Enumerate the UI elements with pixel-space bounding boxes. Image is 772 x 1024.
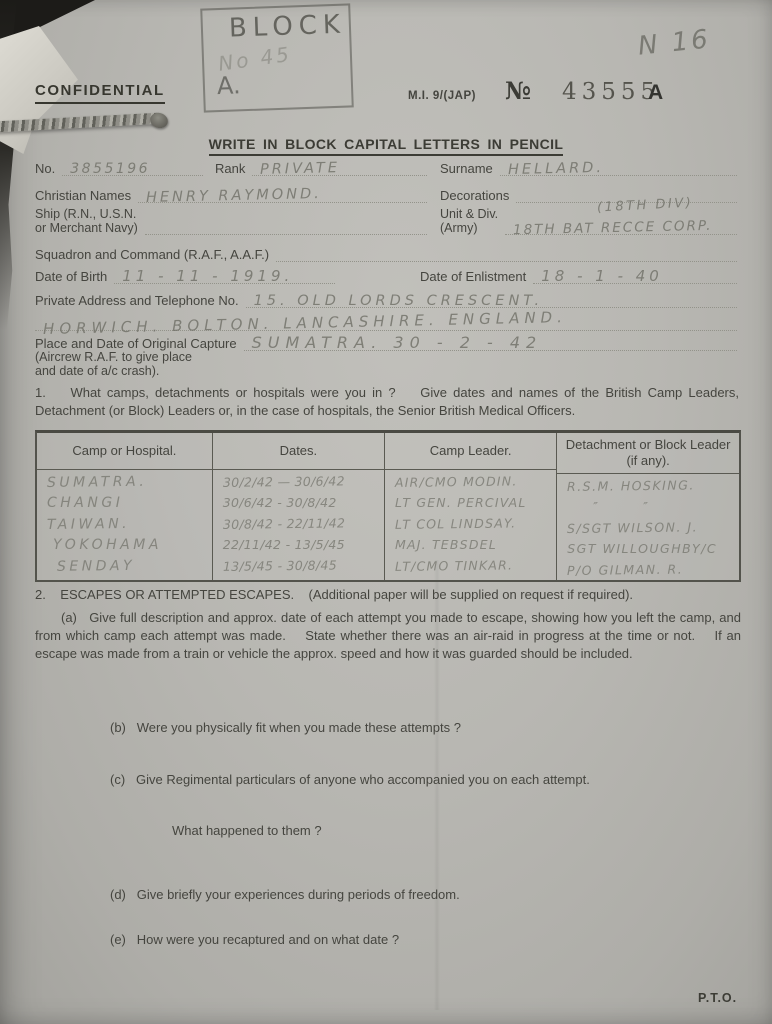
camp-cell: YOKOHAMA: [47, 537, 204, 558]
number-symbol: №: [505, 76, 531, 105]
question-2b-text: (b) Were you physically fit when you mad…: [110, 719, 710, 737]
camp-cell: SUMATRA.: [47, 473, 204, 496]
ship-label: Ship (R.N., U.S.N. or Merchant Navy): [35, 207, 138, 235]
camp-cell: CHANGI: [47, 495, 204, 516]
ship-label-line1: Ship (R.N., U.S.N.: [35, 207, 138, 221]
leader-cell: LT/CMO TINKAR.: [395, 557, 548, 580]
private-address-line2: HORWICH. BOLTON. LANCASHIRE. ENGLAND.: [35, 313, 737, 331]
leader-cell: MAJ. TEBSDEL: [395, 537, 548, 558]
capture-value: SUMATRA. 30 - 2 - 42: [252, 333, 543, 352]
field-date-of-enlistment: Date of Enlistment 18 - 1 - 40: [420, 266, 737, 284]
dates-cell: 13/5/45 - 30/8/45: [223, 557, 376, 580]
dates-cell: 30/2/42 — 30/6/42: [223, 473, 376, 496]
field-christian-names: Christian Names HENRY RAYMOND.: [35, 185, 427, 203]
capture-note-line2: and date of a/c crash).: [35, 364, 192, 378]
leader-cell: AIR/CMO MODIN.: [395, 473, 548, 496]
surname-label: Surname: [440, 161, 493, 176]
field-unit-div: Unit & Div. (Army) 18TH BAT RECCE CORP.: [440, 207, 737, 235]
christian-names-value: HENRY RAYMOND.: [146, 186, 322, 206]
camp-cell: TAIWAN.: [47, 515, 204, 538]
date-of-enlistment-value: 18 - 1 - 40: [541, 267, 663, 285]
christian-names-line: HENRY RAYMOND.: [138, 185, 427, 203]
dates-cell: 22/11/42 - 13/5/45: [223, 537, 376, 558]
question-2e-text: (e) How were you recaptured and on what …: [110, 931, 710, 949]
table-column-block-leader: Detachment or Block Leader (if any). R.S…: [557, 433, 739, 580]
capture-line: SUMATRA. 30 - 2 - 42: [244, 333, 737, 351]
squadron-line: [276, 244, 737, 262]
surname-value: HELLARD.: [508, 160, 604, 178]
question-2-heading: 2. ESCAPES OR ATTEMPTED ESCAPES. (Additi…: [35, 586, 739, 604]
block-leader-cell: S/SGT WILSON. J.: [567, 519, 731, 542]
rank-label: Rank: [215, 161, 245, 176]
block-leader-cell: ″ ″: [567, 499, 731, 520]
column-header-block-leader: Detachment or Block Leader (if any).: [557, 433, 739, 474]
ship-line: [145, 217, 427, 235]
capture-note: (Aircrew R.A.F. to give place and date o…: [35, 350, 192, 378]
field-rank: Rank PRIVATE: [215, 158, 427, 176]
pto-label: P.T.O.: [698, 991, 737, 1005]
question-2d-text: (d) Give briefly your experiences during…: [110, 886, 710, 904]
date-of-birth-value: 11 - 11 - 1919.: [122, 267, 293, 285]
unit-div-label-line2: (Army): [440, 221, 498, 235]
private-address-line1: 15. OLD LORDS CRESCENT.: [246, 290, 737, 308]
field-squadron: Squadron and Command (R.A.F., A.A.F.): [35, 244, 737, 262]
unit-div-line: 18TH BAT RECCE CORP.: [505, 217, 737, 235]
block-leader-cell: P/O GILMAN. R.: [567, 561, 731, 584]
block-leader-cell: SGT WILLOUGHBY/C: [567, 541, 731, 562]
rank-value: PRIVATE: [260, 160, 340, 178]
leader-cell: LT COL LINDSAY.: [395, 515, 548, 538]
block-stamp-box: BLOCK No 45 A.: [200, 3, 354, 112]
service-number-label: No.: [35, 161, 55, 176]
rank-line: PRIVATE: [252, 158, 427, 176]
unit-div-value: 18TH BAT RECCE CORP.: [513, 218, 713, 239]
table-column-dates: Dates. 30/2/42 — 30/6/42 30/6/42 - 30/8/…: [213, 433, 385, 580]
private-address-label: Private Address and Telephone No.: [35, 293, 239, 308]
field-ship: Ship (R.N., U.S.N. or Merchant Navy): [35, 207, 427, 235]
field-surname: Surname HELLARD.: [440, 158, 737, 176]
column-body-dates: 30/2/42 — 30/6/42 30/6/42 - 30/8/42 30/8…: [213, 470, 384, 576]
dates-cell: 30/6/42 - 30/8/42: [223, 495, 376, 516]
squadron-label: Squadron and Command (R.A.F., A.A.F.): [35, 247, 269, 262]
question-2c-followup-text: What happened to them ?: [172, 822, 672, 840]
unit-div-label-line1: Unit & Div.: [440, 207, 498, 221]
instruction-heading-text: WRITE IN BLOCK CAPITAL LETTERS IN PENCIL: [209, 136, 564, 156]
camp-cell: SENDAY: [47, 557, 204, 580]
column-header-leader: Camp Leader.: [385, 433, 556, 470]
christian-names-label: Christian Names: [35, 188, 131, 203]
date-of-enlistment-label: Date of Enlistment: [420, 269, 526, 284]
field-date-of-birth: Date of Birth 11 - 11 - 1919.: [35, 266, 335, 284]
date-of-birth-line: 11 - 11 - 1919.: [114, 266, 335, 284]
mi9-reference: M.I. 9/(JAP): [408, 90, 476, 102]
scanned-form-page: BLOCK No 45 A. N 16 CONFIDENTIAL M.I. 9/…: [0, 0, 772, 1024]
field-capture: Place and Date of Original Capture SUMAT…: [35, 333, 737, 351]
serial-number-stamp: 43555: [562, 79, 660, 105]
service-number-line: 3855196: [62, 158, 203, 176]
service-number-value: 3855196: [70, 161, 150, 177]
handwritten-annotation-n16: N 16: [637, 24, 713, 61]
stamp-block-text: BLOCK: [228, 10, 346, 44]
field-private-address: Private Address and Telephone No. 15. OL…: [35, 290, 737, 308]
confidential-label: CONFIDENTIAL: [35, 82, 165, 104]
table-column-leader: Camp Leader. AIR/CMO MODIN. LT GEN. PERC…: [385, 433, 557, 580]
column-body-camp: SUMATRA. CHANGI TAIWAN. YOKOHAMA SENDAY: [37, 470, 212, 576]
series-letter: A: [648, 81, 663, 105]
question-2a-text: (a) Give full description and approx. da…: [35, 609, 741, 663]
capture-note-line1: (Aircrew R.A.F. to give place: [35, 350, 192, 364]
field-service-number: No. 3855196: [35, 158, 203, 176]
block-leader-cell: R.S.M. HOSKING.: [567, 477, 731, 500]
question-1-text: 1. What camps, detachments or hospitals …: [35, 384, 739, 420]
column-header-dates: Dates.: [213, 433, 384, 470]
unit-div-label: Unit & Div. (Army): [440, 207, 498, 235]
column-header-camp: Camp or Hospital.: [37, 433, 212, 470]
capture-label: Place and Date of Original Capture: [35, 336, 237, 351]
leader-cell: LT GEN. PERCIVAL: [395, 495, 548, 516]
column-body-block-leader: R.S.M. HOSKING. ″ ″ S/SGT WILSON. J. SGT…: [557, 474, 739, 580]
date-of-birth-label: Date of Birth: [35, 269, 107, 284]
dates-cell: 30/8/42 - 22/11/42: [223, 515, 376, 538]
column-body-leader: AIR/CMO MODIN. LT GEN. PERCIVAL LT COL L…: [385, 470, 556, 576]
question-2c-text: (c) Give Regimental particulars of anyon…: [110, 771, 710, 789]
ship-label-line2: or Merchant Navy): [35, 221, 138, 235]
decorations-label: Decorations: [440, 188, 509, 203]
field-private-address-cont: HORWICH. BOLTON. LANCASHIRE. ENGLAND.: [35, 313, 737, 331]
table-column-camp: Camp or Hospital. SUMATRA. CHANGI TAIWAN…: [37, 433, 213, 580]
instruction-heading: WRITE IN BLOCK CAPITAL LETTERS IN PENCIL: [0, 136, 772, 154]
camps-table: Camp or Hospital. SUMATRA. CHANGI TAIWAN…: [35, 430, 741, 582]
private-address-value1: 15. OLD LORDS CRESCENT.: [254, 293, 543, 309]
surname-line: HELLARD.: [500, 158, 737, 176]
stamp-letter-text: A.: [216, 71, 241, 100]
date-of-enlistment-line: 18 - 1 - 40: [533, 266, 737, 284]
